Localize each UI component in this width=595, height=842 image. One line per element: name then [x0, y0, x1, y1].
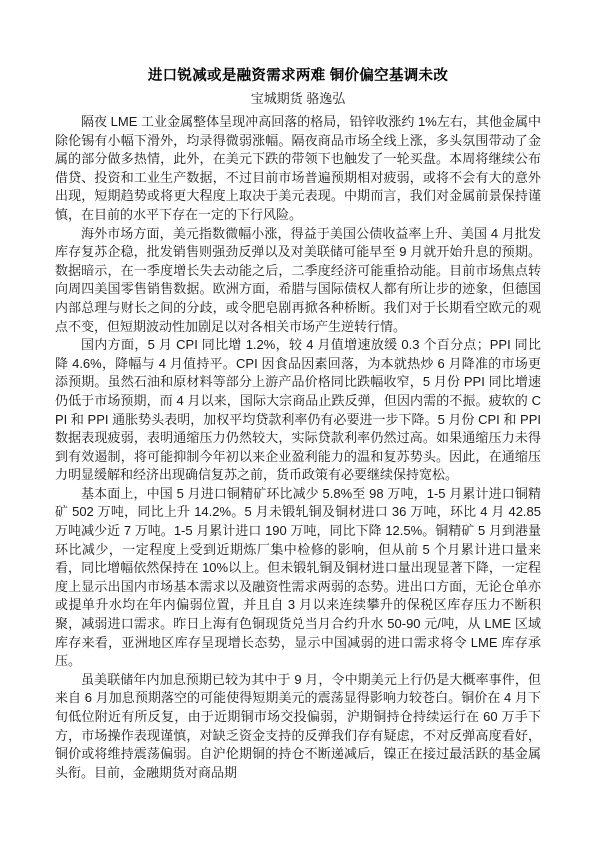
paragraph-1: 隔夜 LME 工业金属整体呈现冲高回落的格局，铅锌收涨约 1%左右，其他金属中除… [55, 113, 541, 225]
document-title: 进口锐减或是融资需求两难 铜价偏空基调未改 [55, 66, 541, 87]
paragraph-5: 虽美联储年内加息预期已较为其中于 9 月，令中期美元上行仍是大概率事件，但来自 … [55, 671, 541, 783]
author-line: 宝城期货 骆逸弘 [55, 88, 541, 110]
paragraph-4: 基本面上，中国 5 月进口铜精矿环比减少 5.8%至 98 万吨，1-5 月累计… [55, 485, 541, 671]
article-body: 隔夜 LME 工业金属整体呈现冲高回落的格局，铅锌收涨约 1%左右，其他金属中除… [55, 113, 541, 782]
paragraph-2: 海外市场方面，美元指数微幅小涨，得益于美国公债收益率上升、美国 4 月批发库存复… [55, 225, 541, 337]
document-page: 进口锐减或是融资需求两难 铜价偏空基调未改 宝城期货 骆逸弘 隔夜 LME 工业… [0, 0, 595, 842]
paragraph-3: 国内方面，5 月 CPI 同比增 1.2%，较 4 月值增速放缓 0.3 个百分… [55, 336, 541, 485]
